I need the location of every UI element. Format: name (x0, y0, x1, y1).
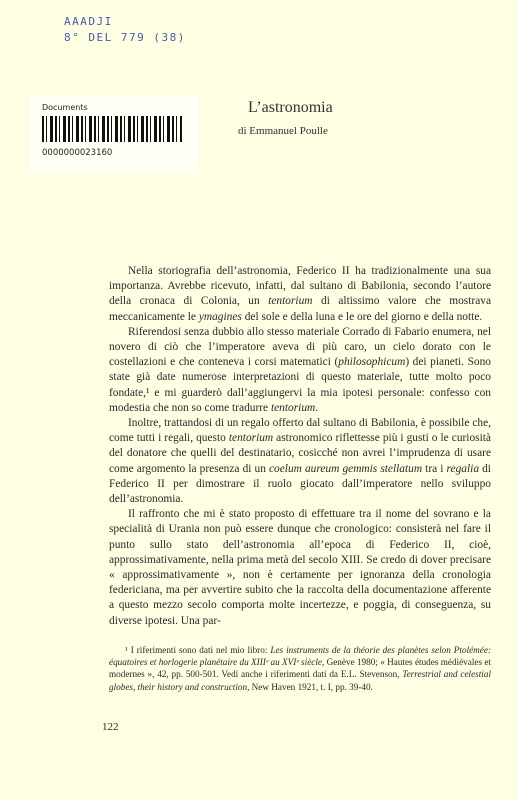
body-text: Nella storiografia dell’astronomia, Fede… (109, 264, 491, 629)
paragraph: Riferendosi senza dubbio allo stesso mat… (109, 325, 491, 416)
paragraph: Nella storiografia dell’astronomia, Fede… (109, 264, 491, 325)
handwritten-line-2: 8° DEL 779 (38) (64, 30, 186, 46)
paragraph: Inoltre, trattandosi di un regalo offert… (109, 416, 491, 507)
footnote: ¹ I riferimenti sono dati nel mio libro:… (109, 644, 491, 693)
footnote-text: ¹ I riferimenti sono dati nel mio libro:… (109, 644, 491, 693)
article-title: L’astronomia (248, 99, 333, 117)
barcode-icon (42, 116, 182, 142)
handwritten-shelfmark: AAADJI 8° DEL 779 (38) (64, 14, 186, 46)
barcode-label-title: Documents (42, 103, 88, 112)
paragraph: Il raffronto che mi è stato proposto di … (109, 507, 491, 629)
handwritten-line-1: AAADJI (64, 14, 186, 30)
barcode-number: 0000000023160 (42, 148, 112, 158)
barcode-label: Documents 0000000023160 (30, 96, 198, 174)
article-author: di Emmanuel Poulle (238, 125, 328, 137)
page-number: 122 (102, 721, 119, 733)
